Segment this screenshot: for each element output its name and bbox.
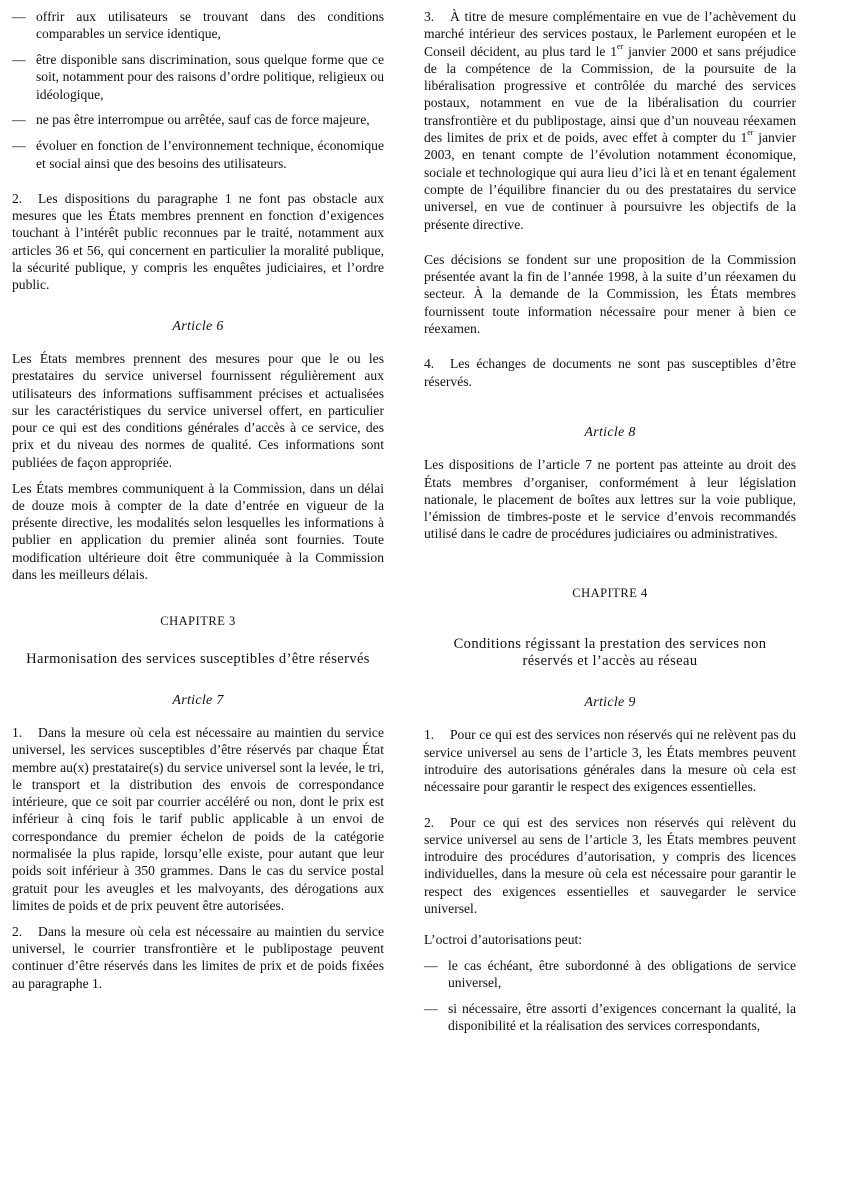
article8-paragraph: Les dispositions de l’article 7 ne porte… bbox=[424, 456, 796, 542]
dash-bullet: — bbox=[424, 957, 448, 992]
paragraph-number: 2. bbox=[424, 814, 450, 831]
article6-paragraph-1: Les États membres prennent des mesures p… bbox=[12, 350, 384, 471]
chapter-4-title: Conditions régissant la prestation des s… bbox=[424, 636, 796, 670]
paragraph-number: 2. bbox=[12, 190, 38, 207]
article9-intro: L’octroi d’autorisations peut: bbox=[424, 931, 796, 948]
paragraph-number: 1. bbox=[12, 724, 38, 741]
paragraph-text: Dans la mesure où cela est nécessaire au… bbox=[12, 725, 384, 913]
dash-bullet: — bbox=[12, 8, 36, 43]
article9-paragraph-2: 2.Pour ce qui est des services non réser… bbox=[424, 814, 796, 918]
list-item-text: offrir aux utilisateurs se trouvant dans… bbox=[36, 8, 384, 43]
article5-paragraph-2: 2.Les dispositions du paragraphe 1 ne fo… bbox=[12, 190, 384, 294]
dash-bullet: — bbox=[12, 137, 36, 172]
left-column: — offrir aux utilisateurs se trouvant da… bbox=[12, 8, 384, 1000]
list-item-text: ne pas être interrompue ou arrêtée, sauf… bbox=[36, 111, 384, 128]
right-column: 3.À titre de mesure complémentaire en vu… bbox=[424, 8, 796, 1043]
article-9-heading: Article 9 bbox=[424, 694, 796, 711]
paragraph-number: 2. bbox=[12, 923, 38, 940]
list-item: — le cas échéant, être subordonné à des … bbox=[424, 957, 796, 992]
article7-paragraph-1: 1.Dans la mesure où cela est nécessaire … bbox=[12, 724, 384, 914]
paragraph-text: Pour ce qui est des services non réservé… bbox=[424, 727, 796, 794]
dash-bullet: — bbox=[12, 51, 36, 103]
article7-paragraph-3-continued: Ces décisions se fondent sur une proposi… bbox=[424, 251, 796, 337]
list-item-text: si nécessaire, être assorti d’exigences … bbox=[448, 1000, 796, 1035]
list-item: — ne pas être interrompue ou arrêtée, sa… bbox=[12, 111, 384, 128]
list-item: — si nécessaire, être assorti d’exigence… bbox=[424, 1000, 796, 1035]
list-item-text: être disponible sans discrimination, sou… bbox=[36, 51, 384, 103]
list-item: — offrir aux utilisateurs se trouvant da… bbox=[12, 8, 384, 43]
article9-paragraph-1: 1.Pour ce qui est des services non réser… bbox=[424, 726, 796, 795]
dash-bullet: — bbox=[12, 111, 36, 128]
article-7-heading: Article 7 bbox=[12, 692, 384, 709]
chapter-4-label: CHAPITRE 4 bbox=[424, 585, 796, 602]
paragraph-text: Les dispositions du paragraphe 1 ne font… bbox=[12, 191, 384, 292]
paragraph-number: 4. bbox=[424, 355, 450, 372]
chapter-3-title: Harmonisation des services susceptibles … bbox=[12, 651, 384, 668]
article-6-heading: Article 6 bbox=[12, 318, 384, 335]
article-8-heading: Article 8 bbox=[424, 424, 796, 441]
list-item: — évoluer en fonction de l’environnement… bbox=[12, 137, 384, 172]
dash-bullet: — bbox=[424, 1000, 448, 1035]
paragraph-text: Les échanges de documents ne sont pas su… bbox=[424, 356, 796, 388]
article7-paragraph-2: 2.Dans la mesure où cela est nécessaire … bbox=[12, 923, 384, 992]
paragraph-number: 1. bbox=[424, 726, 450, 743]
article7-paragraph-3: 3.À titre de mesure complémentaire en vu… bbox=[424, 8, 796, 233]
paragraph-text: janvier 2003, en tenant compte de l’évol… bbox=[424, 130, 796, 231]
chapter-3-label: CHAPITRE 3 bbox=[12, 613, 384, 630]
article6-paragraph-2: Les États membres communiquent à la Comm… bbox=[12, 480, 384, 584]
list-item-text: le cas échéant, être subordonné à des ob… bbox=[448, 957, 796, 992]
paragraph-text: Dans la mesure où cela est nécessaire au… bbox=[12, 924, 384, 991]
paragraph-number: 3. bbox=[424, 8, 450, 25]
paragraph-text: Pour ce qui est des services non réservé… bbox=[424, 815, 796, 916]
list-item-text: évoluer en fonction de l’environnement t… bbox=[36, 137, 384, 172]
list-item: — être disponible sans discrimination, s… bbox=[12, 51, 384, 103]
article7-paragraph-4: 4.Les échanges de documents ne sont pas … bbox=[424, 355, 796, 390]
